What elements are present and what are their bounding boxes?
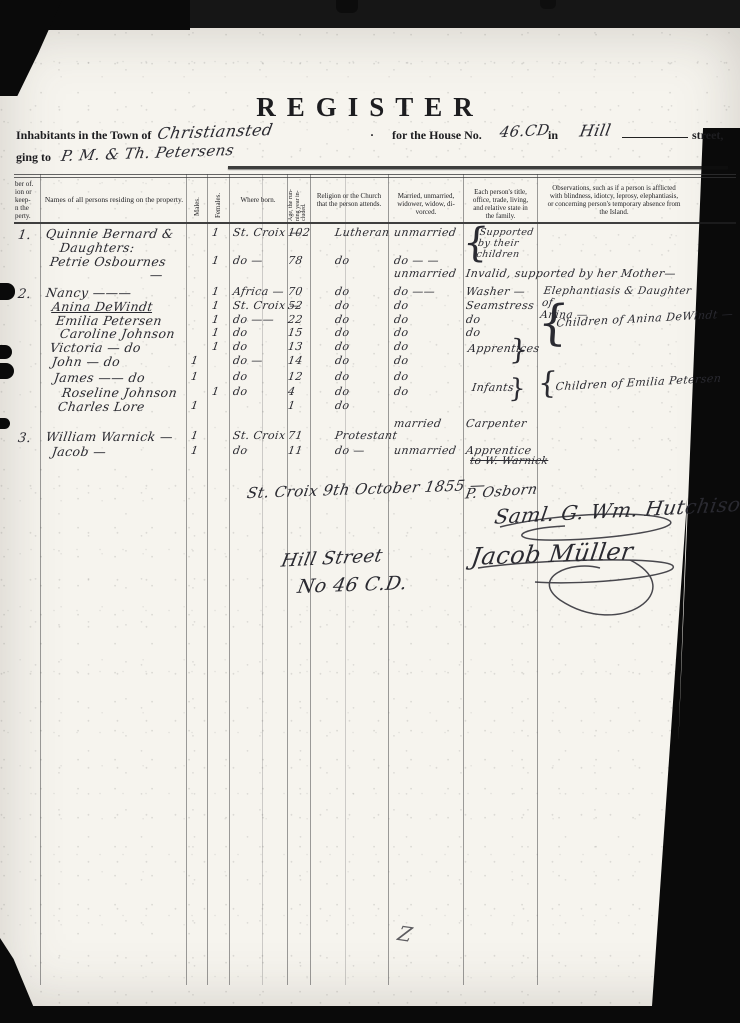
cell-married: unmarried <box>393 444 457 457</box>
cell-married: unmarried <box>393 267 457 280</box>
cell-married: do <box>393 354 409 367</box>
header-males: Males. <box>193 197 201 216</box>
cell-name: John — do <box>51 354 121 369</box>
header-names: Names of all persons residing on the pro… <box>44 196 184 204</box>
group-number: 2. <box>17 287 32 302</box>
column-rule <box>40 174 41 985</box>
cell-religion: do <box>334 354 350 367</box>
cell-where-born: do —— <box>232 313 275 326</box>
cell-age: 78 <box>287 254 304 267</box>
cell-age: 15 <box>287 326 304 339</box>
header-religion: Religion or the Church that the person a… <box>312 192 386 208</box>
cell-religion: do <box>334 370 350 383</box>
left-blob-1 <box>0 283 15 300</box>
header-number-col: ber of. ion or keep- n the perty. <box>15 180 33 220</box>
line1-printed-suffix: street, <box>692 128 723 143</box>
cell-age: 22 <box>287 313 304 326</box>
cell-where-born: do — <box>232 254 264 267</box>
page-title: REGISTER <box>0 92 740 123</box>
cell-name: Jacob — <box>51 444 107 459</box>
column-rule <box>229 174 230 985</box>
top-nub-2 <box>540 0 556 9</box>
cell-married: do <box>393 370 409 383</box>
line1-printed-mid: for the House No. <box>392 128 482 143</box>
cell-title: Invalid, supported by her Mother— <box>465 267 677 280</box>
brace-mark: { <box>462 223 490 263</box>
cell-religion: do <box>334 340 350 353</box>
cell-married: unmarried <box>393 226 457 239</box>
cell-age: 13 <box>287 340 304 353</box>
header-married: Married, unmarried, widower, widow, di- … <box>390 192 462 216</box>
header-title: Each person's title, office, trade, livi… <box>465 188 536 220</box>
cell-age: 71 <box>287 429 304 442</box>
brace-mark: { <box>537 369 558 399</box>
cell-where-born: do <box>232 340 248 353</box>
cell-where-born: do — <box>232 354 264 367</box>
line1-house-no-handwritten: 46.CD <box>498 121 551 142</box>
cell-where-born: do <box>232 385 248 398</box>
cell-name: Victoria — do <box>49 340 142 355</box>
cell-where-born: do <box>232 326 248 339</box>
cell-name: Anina DeWindt <box>51 299 154 314</box>
cell-where-born: do <box>232 444 248 457</box>
table-top-line-1 <box>14 174 736 175</box>
cell-name: James —— do <box>53 370 146 385</box>
header-where-born: Where born. <box>233 196 283 204</box>
cell-name: Caroline Johnson <box>59 326 176 341</box>
cell-name: — <box>149 267 164 282</box>
cell-married: do —— <box>393 285 436 298</box>
header-age: Age, the run- ning year in- cluded. <box>288 189 308 221</box>
cell-married: do <box>393 340 409 353</box>
cell-name: Roseline Johnson <box>61 385 178 400</box>
column-rule <box>537 174 538 985</box>
cell-age: 102 <box>287 226 311 239</box>
cell-religion: do <box>334 299 350 312</box>
cell-name: Charles Lore <box>57 399 146 414</box>
line1-street-handwritten: Hill <box>578 120 612 140</box>
cell-age: 11 <box>287 444 304 457</box>
cell-where-born: St. Croix <box>232 429 286 442</box>
line1-printed-in: in <box>548 128 558 143</box>
cell-title: do <box>465 313 481 326</box>
cell-title: Carpenter <box>465 417 527 430</box>
cell-title-line2: to W. Warnick <box>469 455 549 467</box>
cell-name: Daughters: <box>59 240 136 255</box>
cell-title: Seamstress <box>465 299 535 312</box>
brace-mark: } <box>509 336 529 364</box>
scanned-register-page: REGISTER Inhabitants in the Town of Chri… <box>0 0 740 1023</box>
header-bottom-line <box>14 222 736 224</box>
header-females: Females. <box>214 193 222 218</box>
column-rule <box>186 174 187 985</box>
cell-where-born: do <box>232 370 248 383</box>
cell-age: 14 <box>287 354 304 367</box>
cell-age: 12 <box>287 370 304 383</box>
group-number: 3. <box>17 431 32 446</box>
cell-age: 52 <box>287 299 304 312</box>
cell-religion: do <box>334 326 350 339</box>
cell-religion: do <box>334 254 350 267</box>
line1-printed-prefix: Inhabitants in the Town of <box>16 128 151 143</box>
cell-married: do <box>393 385 409 398</box>
cell-name: Petrie Osbournes <box>49 254 167 269</box>
brace-mark: { <box>536 299 570 347</box>
cell-name: William Warnick — <box>45 429 174 444</box>
signature-mueller: Jacob Müller <box>470 537 636 571</box>
column-rule <box>207 174 208 985</box>
cell-religion: do <box>334 385 350 398</box>
top-nub-1 <box>336 0 358 13</box>
cell-married: do <box>393 326 409 339</box>
annotation-text: Apprentices <box>467 342 540 355</box>
cell-age: 70 <box>287 285 304 298</box>
cell-name: Nancy ——— <box>45 285 133 300</box>
cell-where-born: Africa — <box>232 285 285 298</box>
cell-name: Quinnie Bernard & <box>45 226 175 241</box>
column-rule <box>463 174 464 985</box>
cell-religion: do <box>334 313 350 326</box>
address-number-handwritten: No 46 C.D. <box>296 572 409 598</box>
cell-religion: do — <box>334 444 366 457</box>
brace-mark: } <box>508 376 526 402</box>
line1-dot: · <box>370 128 374 143</box>
cell-title: do <box>465 326 481 339</box>
cell-married: do <box>393 313 409 326</box>
cell-title: Washer — <box>465 285 526 298</box>
cell-married: do <box>393 299 409 312</box>
line2-printed-prefix: ging to <box>16 150 51 165</box>
cell-married: married <box>393 417 442 430</box>
cell-religion: do <box>334 285 350 298</box>
scan-edge-bottom <box>0 1006 740 1023</box>
table-top-shadow <box>228 166 728 169</box>
cell-religion: do <box>334 399 350 412</box>
group-number: 1. <box>17 228 32 243</box>
line1-rule <box>622 137 688 138</box>
header-observations: Observations, such as if a person is aff… <box>539 184 689 216</box>
cell-religion: Protestant <box>334 429 398 442</box>
table-top-line-2 <box>14 177 736 178</box>
cell-religion: Lutheran <box>334 226 390 239</box>
cell-married: do — — <box>393 254 440 267</box>
